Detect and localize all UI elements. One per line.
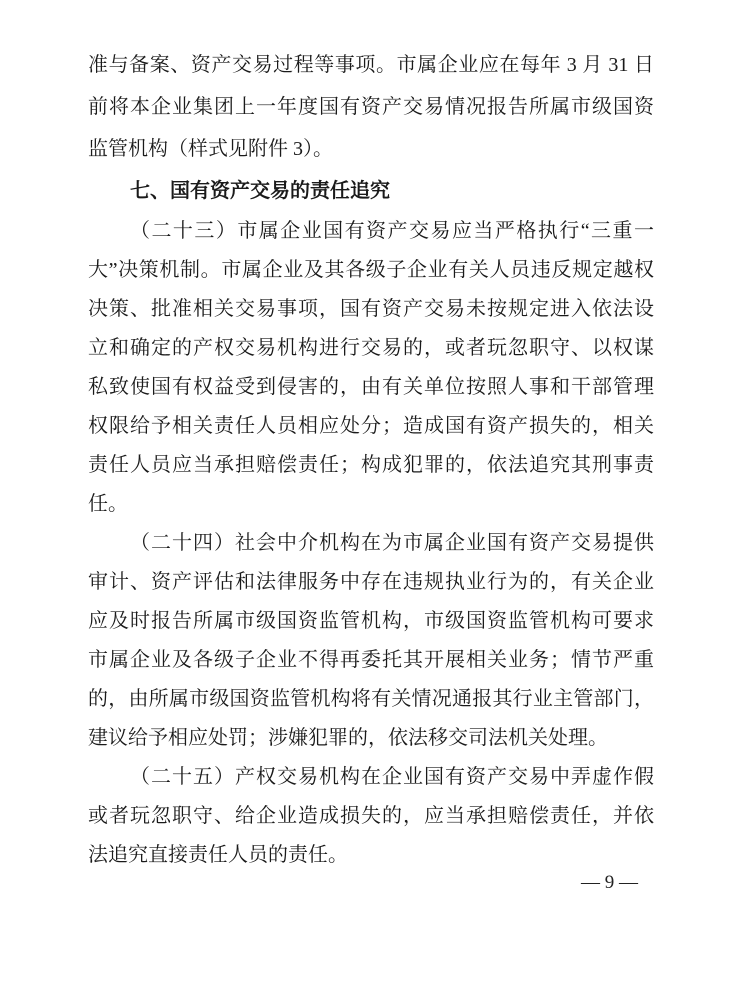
page-number: — 9 — xyxy=(581,872,638,894)
body-text-line: 准与备案、资产交易过程等事项。市属企业应在每年 3 月 31 日 xyxy=(88,44,654,86)
document-page: 准与备案、资产交易过程等事项。市属企业应在每年 3 月 31 日 前将本企业集团… xyxy=(0,0,732,982)
body-text-line: 应及时报告所属市级国资监管机构，市级国资监管机构可要求 xyxy=(88,602,654,641)
continuation-paragraph: 准与备案、资产交易过程等事项。市属企业应在每年 3 月 31 日 前将本企业集团… xyxy=(88,44,654,170)
clause-25-paragraph: （二十五）产权交易机构在企业国有资产交易中弄虚作假 或者玩忽职守、给企业造成损失… xyxy=(88,758,654,875)
document-body: 准与备案、资产交易过程等事项。市属企业应在每年 3 月 31 日 前将本企业集团… xyxy=(88,44,654,875)
body-text-line: 法追究直接责任人员的责任。 xyxy=(88,836,654,875)
body-text-line: （二十五）产权交易机构在企业国有资产交易中弄虚作假 xyxy=(88,758,654,797)
body-text-line: 决策、批准相关交易事项，国有资产交易未按规定进入依法设 xyxy=(88,290,654,329)
clause-23-paragraph: （二十三）市属企业国有资产交易应当严格执行“三重一 大”决策机制。市属企业及其各… xyxy=(88,212,654,524)
body-text-line: 立和确定的产权交易机构进行交易的，或者玩忽职守、以权谋 xyxy=(88,329,654,368)
body-text-line: （二十四）社会中介机构在为市属企业国有资产交易提供 xyxy=(88,524,654,563)
body-text-line: 私致使国有权益受到侵害的，由有关单位按照人事和干部管理 xyxy=(88,368,654,407)
body-text-line: 大”决策机制。市属企业及其各级子企业有关人员违反规定越权 xyxy=(88,251,654,290)
body-text-line: 前将本企业集团上一年度国有资产交易情况报告所属市级国资 xyxy=(88,86,654,128)
body-text-line: 任。 xyxy=(88,485,654,524)
body-text-line: 责任人员应当承担赔偿责任；构成犯罪的，依法追究其刑事责 xyxy=(88,446,654,485)
body-text-line: 建议给予相应处罚；涉嫌犯罪的，依法移交司法机关处理。 xyxy=(88,719,654,758)
body-text-line: 市属企业及各级子企业不得再委托其开展相关业务；情节严重 xyxy=(88,641,654,680)
body-text-line: 审计、资产评估和法律服务中存在违规执业行为的，有关企业 xyxy=(88,563,654,602)
section-heading: 七、国有资产交易的责任追究 xyxy=(88,170,654,212)
clause-24-paragraph: （二十四）社会中介机构在为市属企业国有资产交易提供 审计、资产评估和法律服务中存… xyxy=(88,524,654,758)
body-text-line: （二十三）市属企业国有资产交易应当严格执行“三重一 xyxy=(88,212,654,251)
body-text-line: 监管机构（样式见附件 3）。 xyxy=(88,128,654,170)
body-text-line: 的，由所属市级国资监管机构将有关情况通报其行业主管部门， xyxy=(88,680,654,719)
body-text-line: 或者玩忽职守、给企业造成损失的，应当承担赔偿责任，并依 xyxy=(88,797,654,836)
body-text-line: 权限给予相关责任人员相应处分；造成国有资产损失的，相关 xyxy=(88,407,654,446)
